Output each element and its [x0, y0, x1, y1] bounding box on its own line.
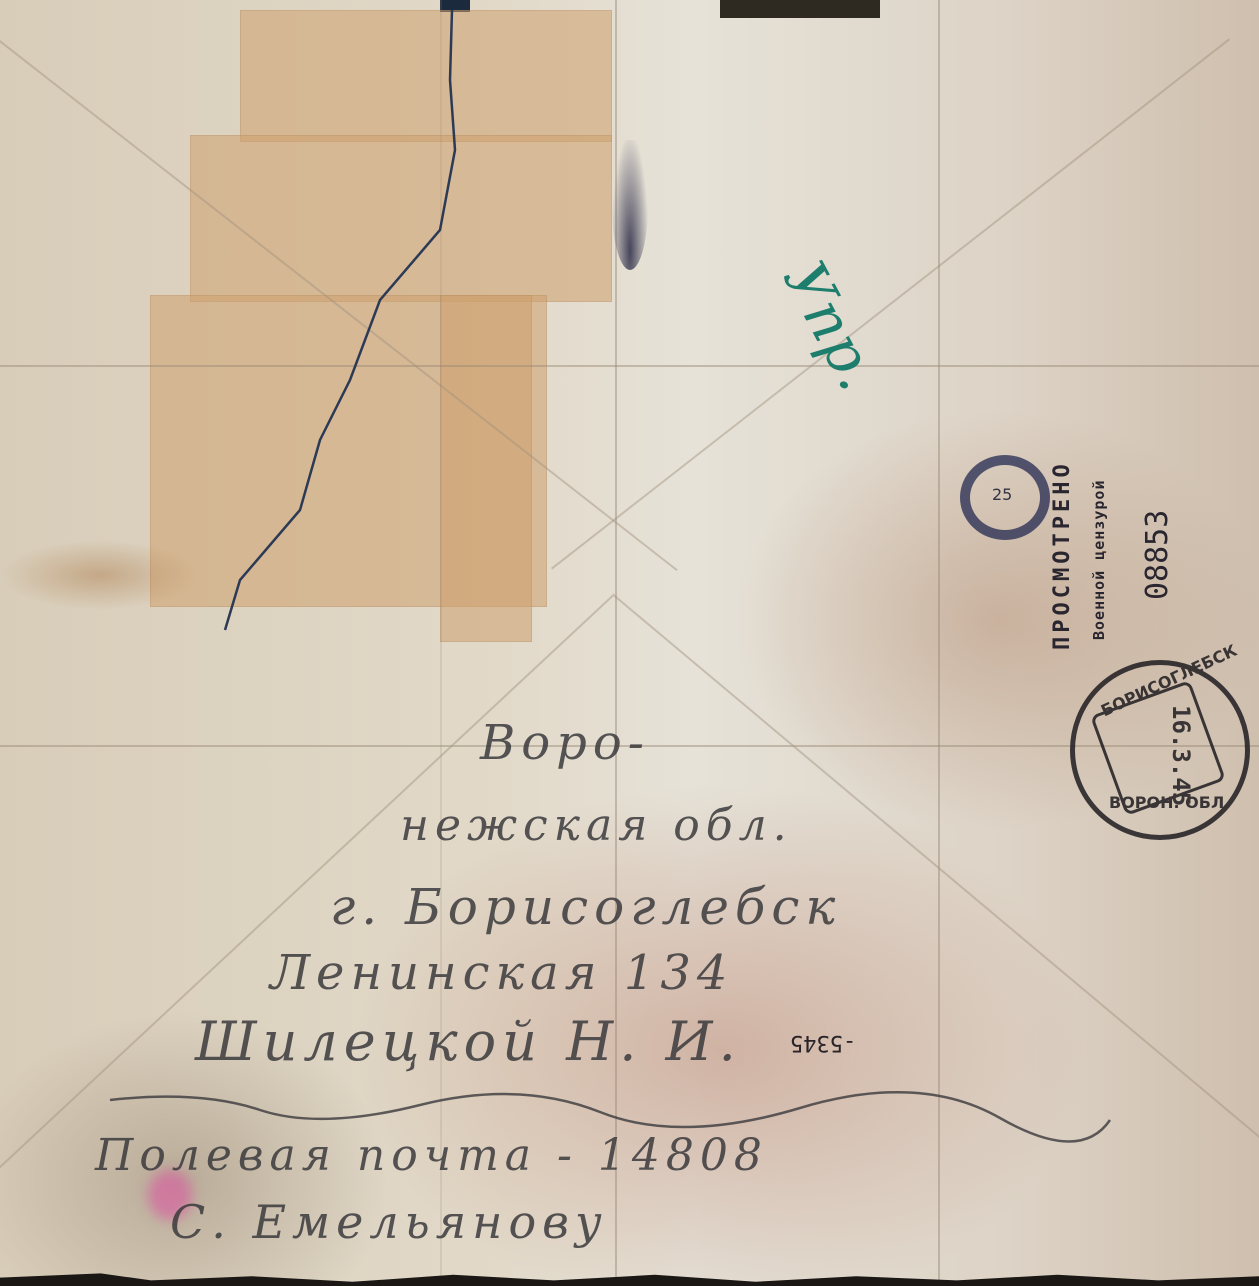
- sender-line-2: С. Емельянову: [170, 1195, 608, 1249]
- underline-squiggle: [0, 0, 1259, 1286]
- envelope-photo: Упр. 25 ПРОСМОТРЕНО Военной цензурой 088…: [0, 0, 1259, 1286]
- small-upside-down-stamp: -5345: [790, 1030, 856, 1055]
- sender-line-1: Полевая почта - 14808: [95, 1130, 768, 1181]
